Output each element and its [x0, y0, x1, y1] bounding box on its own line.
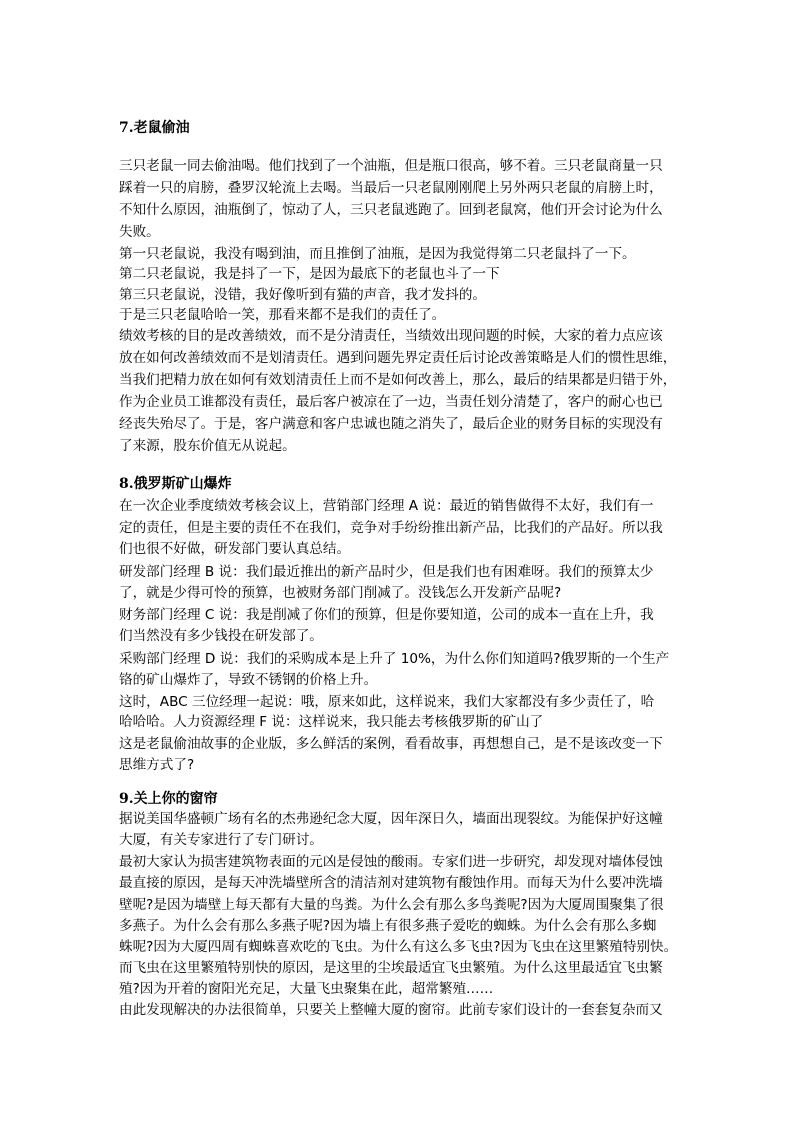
- text-line: 最初大家认为损害建筑物表面的元凶是侵蚀的酸雨。专家们进一步研究，却发现对墙体侵蚀: [119, 853, 684, 871]
- text-line: 这是老鼠偷油故事的企业版，多么鲜活的案例，看看故事，再想想自己，是不是该改变一下: [119, 735, 684, 753]
- text-line: 定的责任，但是主要的责任不在我们，竞争对手纷纷推出新产品，比我们的产品好。所以我: [119, 519, 684, 537]
- text-line: 财务部门经理 C 说：我是削减了你们的预算，但是你要知道，公司的成本一直在上升，…: [119, 606, 684, 624]
- section-heading-7: 7.老鼠偷油: [119, 119, 684, 137]
- text-line: 研发部门经理 B 说：我们最近推出的新产品时少，但是我们也有困难呀。我们的预算太…: [119, 563, 684, 581]
- text-line: 哈哈哈。人力资源经理 F 说：这样说来，我只能去考核俄罗斯的矿山了: [119, 713, 684, 731]
- text-line: 采购部门经理 D 说：我们的采购成本是上升了 10%，为什么你们知道吗?俄罗斯的…: [119, 650, 684, 668]
- text-line: 最直接的原因，是每天冲洗墙壁所含的清洁剂对建筑物有酸蚀作用。而每天为什么要冲洗墙: [119, 874, 684, 892]
- text-line: 了，就是少得可怜的预算，也被财务部门削减了。没钱怎么开发新产品呢?: [119, 584, 684, 602]
- text-line: 放在如何改善绩效而不是划清责任。遇到问题先界定责任后讨论改善策略是人们的惯性思维…: [119, 349, 684, 367]
- text-line: 绩效考核的目的是改善绩效，而不是分清责任，当绩效出现问题的时候，大家的着力点应该: [119, 327, 684, 345]
- text-line: 们当然没有多少钱投在研发部了。: [119, 627, 684, 645]
- text-line: 经丧失殆尽了。于是，客户满意和客户忠诚也随之消失了，最后企业的财务目标的实现没有: [119, 415, 684, 433]
- text-line: 在一次企业季度绩效考核会议上，营销部门经理 A 说：最近的销售做得不太好，我们有…: [119, 497, 684, 515]
- text-line: 当我们把精力放在如何有效划清责任上而不是如何改善上，那么，最后的结果都是归错于外…: [119, 371, 684, 389]
- text-line: 思维方式了?: [119, 756, 684, 774]
- text-line: 多燕子。为什么会有那么多燕子呢?因为墙上有很多燕子爱吃的蜘蛛。为什么会有那么多蜘: [119, 917, 684, 935]
- text-line: 失败。: [119, 223, 684, 241]
- text-line: 铬的矿山爆炸了，导致不锈钢的价格上升。: [119, 671, 684, 689]
- section-heading-9: 9.关上你的窗帘: [119, 790, 684, 808]
- text-line: 壁呢?是因为墙壁上每天都有大量的鸟粪。为什么会有那么多鸟粪呢?因为大厦周围聚集了…: [119, 896, 684, 914]
- text-line: 三只老鼠一同去偷油喝。他们找到了一个油瓶，但是瓶口很高，够不着。三只老鼠商量一只: [119, 157, 684, 175]
- text-line: 大厦，有关专家进行了专门研讨。: [119, 831, 684, 849]
- text-line: 第一只老鼠说，我没有喝到油，而且推倒了油瓶，是因为我觉得第二只老鼠抖了一下。: [119, 245, 684, 263]
- text-line: 而飞虫在这里繁殖特别快的原因，是这里的尘埃最适宜飞虫繁殖。为什么这里最适宜飞虫繁: [119, 959, 684, 977]
- text-line: 了来源，股东价值无从说起。: [119, 437, 684, 455]
- text-line: 第三只老鼠说，没错，我好像听到有猫的声音，我才发抖的。: [119, 286, 684, 304]
- text-line: 不知什么原因，油瓶倒了，惊动了人，三只老鼠逃跑了。回到老鼠窝，他们开会讨论为什么: [119, 201, 684, 219]
- text-line: 这时，ABC 三位经理一起说：哦，原来如此，这样说来，我们大家都没有多少责任了，…: [119, 693, 684, 711]
- text-line: 于是三只老鼠哈哈一笑，那看来都不是我们的责任了。: [119, 306, 684, 324]
- document-page: 7.老鼠偷油 三只老鼠一同去偷油喝。他们找到了一个油瓶，但是瓶口很高，够不着。三…: [0, 0, 794, 1123]
- text-line: 第二只老鼠说，我是抖了一下，是因为最底下的老鼠也斗了一下: [119, 265, 684, 283]
- text-line: 作为企业员工谁都没有责任，最后客户被凉在了一边，当责任划分清楚了，客户的耐心也已: [119, 393, 684, 411]
- text-line: 踩着一只的肩膀，叠罗汉轮流上去喝。当最后一只老鼠刚刚爬上另外两只老鼠的肩膀上时，: [119, 179, 684, 197]
- text-line: 蛛呢?因为大厦四周有蜘蛛喜欢吃的飞虫。为什么有这么多飞虫?因为飞虫在这里繁殖特别…: [119, 938, 684, 956]
- text-line: 据说美国华盛顿广场有名的杰弗逊纪念大厦，因年深日久，墙面出现裂纹。为能保护好这幢: [119, 810, 684, 828]
- text-line: 殖?因为开着的窗阳光充足，大量飞虫聚集在此，超常繁殖……: [119, 980, 684, 998]
- text-line: 由此发现解决的办法很简单，只要关上整幢大厦的窗帘。此前专家们设计的一套套复杂而又: [119, 1001, 684, 1019]
- section-heading-8: 8.俄罗斯矿山爆炸: [119, 475, 684, 493]
- text-line: 们也很不好做，研发部门要认真总结。: [119, 540, 684, 558]
